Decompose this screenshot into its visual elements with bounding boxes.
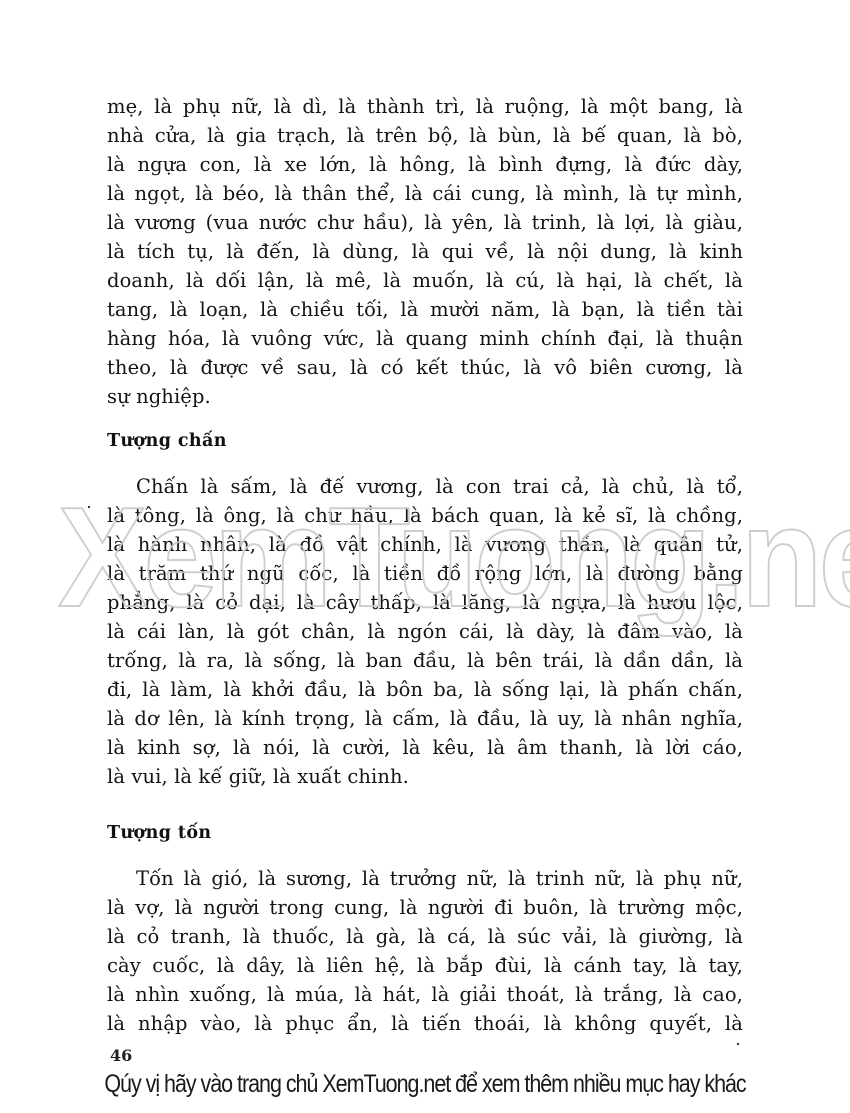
- text-line: Chấn là sấm, là đế vương, là con trai cả…: [107, 475, 743, 499]
- footer-promo-text: Qúy vị hãy vào trang chủ XemTuong.net để…: [60, 1070, 791, 1099]
- text-line: doanh, là dối lận, là mê, là muốn, là cú…: [107, 269, 743, 293]
- text-line: mẹ, là phụ nữ, là dì, là thành trì, là r…: [107, 95, 743, 119]
- text-line: đi, là làm, là khởi đầu, là bôn ba, là s…: [107, 678, 743, 702]
- text-line: nhà cửa, là gia trạch, là trên bộ, là bù…: [107, 124, 743, 148]
- text-line: là nhập vào, là phục ẩn, là tiến thoái, …: [107, 1012, 743, 1036]
- text-line: là ngựa con, là xe lớn, là hông, là bình…: [107, 153, 743, 177]
- text-line: là trăm thứ ngũ cốc, là tiền đồ rộng lớn…: [107, 562, 743, 586]
- text-line: tang, là loạn, là chiều tối, là mười năm…: [107, 298, 743, 322]
- section-heading-chan: Tượng chấn: [107, 429, 227, 453]
- text-line: sự nghiệp.: [107, 385, 743, 409]
- text-line: là ngọt, là béo, là thân thể, là cái cun…: [107, 182, 743, 206]
- text-line: Tốn là gió, là sương, là trưởng nữ, là t…: [107, 867, 743, 891]
- text-line: là kinh sợ, là nói, là cười, là kêu, là …: [107, 736, 743, 760]
- text-line: phẳng, là cỏ dại, là cây thấp, là lăng, …: [107, 591, 743, 615]
- scan-speck: [737, 1043, 739, 1045]
- text-line: là vợ, là người trong cung, là người đi …: [107, 896, 743, 920]
- text-line: là tông, là ông, là chư hầu, là bách qua…: [107, 504, 743, 528]
- book-page: mẹ, là phụ nữ, là dì, là thành trì, là r…: [0, 0, 850, 1113]
- section-heading-ton: Tượng tốn: [107, 821, 212, 845]
- text-line: là tích tụ, là đến, là dùng, là qui về, …: [107, 240, 743, 264]
- text-line: là cái làn, là gót chân, là ngón cái, là…: [107, 620, 743, 644]
- text-line: là vui, là kế giữ, là xuất chinh.: [107, 765, 743, 789]
- page-number: 46: [110, 1046, 132, 1065]
- text-line: là dơ lên, là kính trọng, là cấm, là đầu…: [107, 707, 743, 731]
- scan-speck: [88, 506, 90, 508]
- text-line: theo, là được về sau, là có kết thúc, là…: [107, 356, 743, 380]
- text-line: là nhìn xuống, là múa, là hát, là giải t…: [107, 983, 743, 1007]
- text-line: cày cuốc, là dây, là liên hệ, là bắp đùi…: [107, 954, 743, 978]
- text-line: là vương (vua nước chư hầu), là yên, là …: [107, 211, 743, 235]
- text-line: trống, là ra, là sống, là ban đầu, là bê…: [107, 649, 743, 673]
- text-line: hàng hóa, là vuông vức, là quang minh ch…: [107, 327, 743, 351]
- text-line: là hành nhân, là đồ vật chính, là vương …: [107, 533, 743, 557]
- text-line: là cỏ tranh, là thuốc, là gà, là cá, là …: [107, 925, 743, 949]
